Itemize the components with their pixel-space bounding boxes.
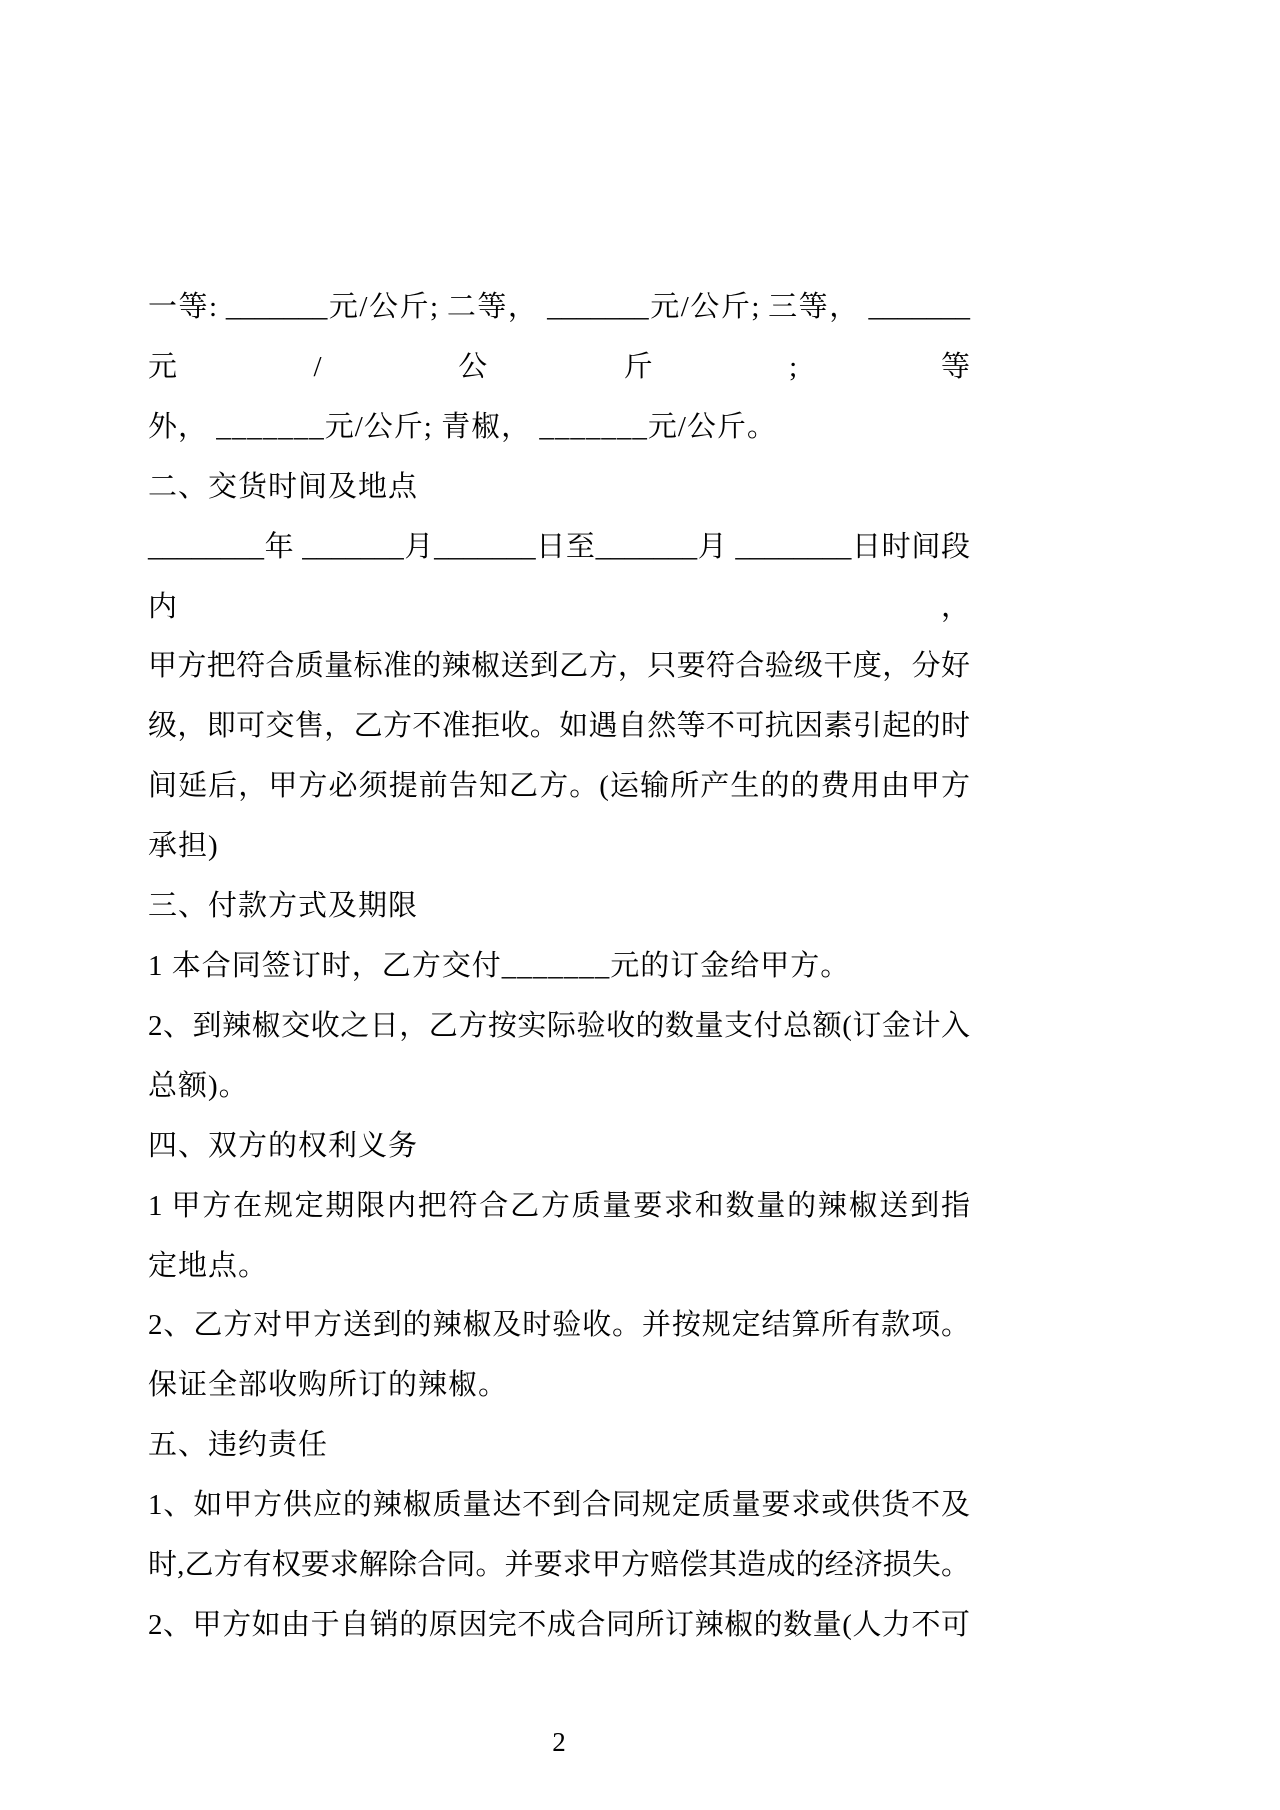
contract-body: 一等: _______元/公斤; 二等， _______元/公斤; 三等， __… <box>148 278 970 1656</box>
contract-line: 一等: _______元/公斤; 二等， _______元/公斤; 三等， __… <box>148 278 970 398</box>
section-heading-breach: 五、违约责任 <box>148 1416 970 1476</box>
contract-line: 2、到辣椒交收之日，乙方按实际验收的数量支付总额(订金计入 <box>148 997 970 1057</box>
page-number: 2 <box>148 1722 970 1762</box>
contract-line: 外， _______元/公斤; 青椒， _______元/公斤。 <box>148 398 970 458</box>
contract-page: 一等: _______元/公斤; 二等， _______元/公斤; 三等， __… <box>0 0 1280 1810</box>
contract-line: 1 本合同签订时，乙方交付_______元的订金给甲方。 <box>148 937 970 997</box>
contract-line: 级，即可交售，乙方不准拒收。如遇自然等不可抗因素引起的时 <box>148 697 970 757</box>
section-heading-payment: 三、付款方式及期限 <box>148 877 970 937</box>
section-heading-rights: 四、双方的权利义务 <box>148 1117 970 1177</box>
contract-line: ________年 _______月_______日至_______月 ____… <box>148 518 970 638</box>
contract-line: 保证全部收购所订的辣椒。 <box>148 1356 970 1416</box>
section-heading-delivery: 二、交货时间及地点 <box>148 458 970 518</box>
contract-line: 总额)。 <box>148 1057 970 1117</box>
contract-line: 间延后，甲方必须提前告知乙方。(运输所产生的的费用由甲方 <box>148 757 970 817</box>
contract-line: 承担) <box>148 817 970 877</box>
contract-line: 2、甲方如由于自销的原因完不成合同所订辣椒的数量(人力不可 <box>148 1596 970 1656</box>
contract-line: 1、如甲方供应的辣椒质量达不到合同规定质量要求或供货不及 <box>148 1476 970 1536</box>
contract-line: 1 甲方在规定期限内把符合乙方质量要求和数量的辣椒送到指 <box>148 1177 970 1237</box>
contract-line: 定地点。 <box>148 1237 970 1297</box>
contract-line: 2、乙方对甲方送到的辣椒及时验收。并按规定结算所有款项。 <box>148 1296 970 1356</box>
contract-line: 时,乙方有权要求解除合同。并要求甲方赔偿其造成的经济损失。 <box>148 1536 970 1596</box>
contract-line: 甲方把符合质量标准的辣椒送到乙方，只要符合验级干度，分好 <box>148 637 970 697</box>
